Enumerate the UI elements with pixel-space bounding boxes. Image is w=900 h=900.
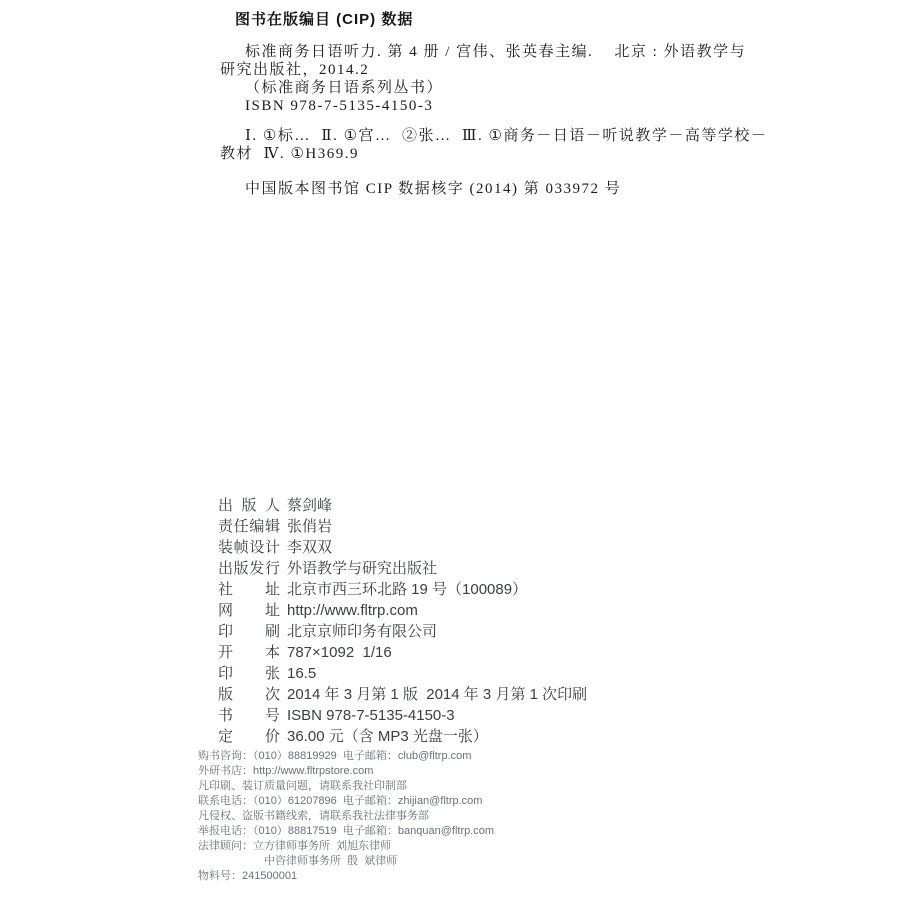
- colophon-label: 责任编辑: [218, 515, 280, 536]
- colophon-label: 开本: [218, 641, 280, 662]
- colophon-row-publishing-house: 出版发行 外语教学与研究出版社: [218, 557, 587, 578]
- colophon-row-isbn: 书号 ISBN 978-7-5135-4150-3: [218, 704, 587, 725]
- colophon-block: 出版人 蔡剑峰 责任编辑 张俏岩 装帧设计 李双双 出版发行 外语教学与研究出版…: [218, 494, 587, 746]
- cip-block: 图书在版编目 (CIP) 数据 标准商务日语听力. 第 4 册 / 宫伟、张英春…: [220, 8, 720, 198]
- colophon-label: 出版人: [218, 494, 280, 515]
- contact-line-report-phone: 举报电话：（010）88817519 电子邮箱：banquan@fltrp.co…: [198, 824, 494, 839]
- contact-block: 购书咨询：（010）88819929 电子邮箱：club@fltrp.com 外…: [198, 749, 494, 884]
- colophon-value: 2014 年 3 月第 1 版 2014 年 3 月第 1 次印刷: [287, 683, 587, 704]
- colophon-row-sheets: 印张 16.5: [218, 662, 587, 683]
- colophon-value: 李双双: [287, 536, 332, 557]
- contact-line-piracy-notice: 凡侵权、盗版书籍线索，请联系我社法律事务部: [198, 809, 494, 824]
- colophon-label: 网址: [218, 599, 280, 620]
- colophon-label: 版次: [218, 683, 280, 704]
- colophon-value: 北京市西三环北路 19 号（100089）: [287, 578, 527, 599]
- colophon-row-editor: 责任编辑 张俏岩: [218, 515, 587, 536]
- colophon-row-designer: 装帧设计 李双双: [218, 536, 587, 557]
- cip-line-series: （标准商务日语系列丛书）: [220, 79, 720, 97]
- colophon-value: ISBN 978-7-5135-4150-3: [287, 707, 455, 724]
- colophon-value-url: http://www.fltrp.com: [287, 602, 418, 619]
- cip-line-classification: Ⅰ. ①标… Ⅱ. ①宫… ②张… Ⅲ. ①商务－日语－听说教学－高等学校－: [220, 127, 720, 145]
- colophon-row-price: 定价 36.00 元（含 MP3 光盘一张）: [218, 725, 587, 746]
- contact-line-purchase-phone: 购书咨询：（010）88819929 电子邮箱：club@fltrp.com: [198, 749, 494, 764]
- colophon-value: 16.5: [287, 665, 316, 682]
- colophon-row-address: 社址 北京市西三环北路 19 号（100089）: [218, 578, 587, 599]
- cip-line-title-statement: 标准商务日语听力. 第 4 册 / 宫伟、张英春主编. 北京 : 外语教学与: [220, 43, 720, 61]
- colophon-value: 36.00 元（含 MP3 光盘一张）: [287, 725, 488, 746]
- colophon-label: 印张: [218, 662, 280, 683]
- colophon-label: 出版发行: [218, 557, 280, 578]
- contact-line-bookstore-url: 外研书店：http://www.fltrpstore.com: [198, 764, 494, 779]
- cip-line-registry-number: 中国版本图书馆 CIP 数据核字 (2014) 第 033972 号: [220, 180, 720, 198]
- colophon-row-format: 开本 787×1092 1/16: [218, 641, 587, 662]
- cip-line-classification-cont: 教材 Ⅳ. ①H369.9: [220, 145, 720, 163]
- colophon-row-printer: 印刷 北京京师印务有限公司: [218, 620, 587, 641]
- colophon-row-website: 网址 http://www.fltrp.com: [218, 599, 587, 620]
- colophon-value: 787×1092 1/16: [287, 644, 392, 661]
- contact-line-material-number: 物料号：241500001: [198, 869, 494, 884]
- contact-line-quality-phone: 联系电话：（010）61207896 电子邮箱：zhijian@fltrp.co…: [198, 794, 494, 809]
- colophon-row-publisher-person: 出版人 蔡剑峰: [218, 494, 587, 515]
- contact-line-legal-counsel: 法律顾问：立方律师事务所 刘旭东律师: [198, 839, 494, 854]
- contact-line-legal-counsel-2: 中咨律师事务所 殷 斌律师: [198, 854, 494, 869]
- contact-line-print-quality-notice: 凡印刷、装订质量问题，请联系我社印制部: [198, 779, 494, 794]
- colophon-value: 外语教学与研究出版社: [287, 557, 437, 578]
- cip-line-publisher: 研究出版社，2014.2: [220, 61, 720, 79]
- colophon-label: 印刷: [218, 620, 280, 641]
- copyright-page: 图书在版编目 (CIP) 数据 标准商务日语听力. 第 4 册 / 宫伟、张英春…: [0, 0, 900, 900]
- cip-title: 图书在版编目 (CIP) 数据: [235, 8, 720, 29]
- colophon-label: 装帧设计: [218, 536, 280, 557]
- colophon-label: 社址: [218, 578, 280, 599]
- colophon-label: 书号: [218, 704, 280, 725]
- colophon-value: 张俏岩: [287, 515, 332, 536]
- colophon-value: 蔡剑峰: [287, 494, 332, 515]
- colophon-label: 定价: [218, 725, 280, 746]
- colophon-row-edition: 版次 2014 年 3 月第 1 版 2014 年 3 月第 1 次印刷: [218, 683, 587, 704]
- cip-line-isbn: ISBN 978-7-5135-4150-3: [220, 97, 720, 115]
- colophon-value: 北京京师印务有限公司: [287, 620, 437, 641]
